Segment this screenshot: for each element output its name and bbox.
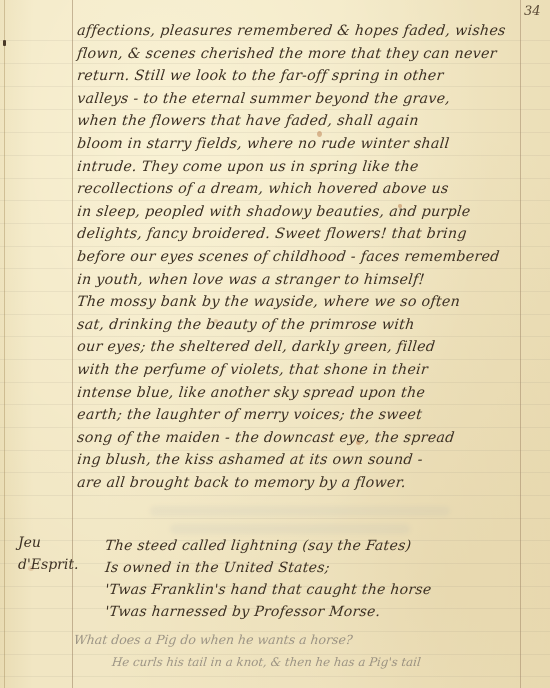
manuscript-page: 34 affections, pleasures remembered & ho…: [0, 0, 550, 688]
text-line: affections, pleasures remembered & hopes…: [76, 20, 528, 43]
text-line: intense blue, like another sky spread up…: [76, 382, 528, 405]
pencil-riddle-question: What does a Pig do when he wants a horse…: [73, 632, 353, 647]
text-line: when the flowers that have faded, shall …: [76, 110, 528, 133]
text-line: with the perfume of violets, that shone …: [76, 359, 528, 382]
ruled-line: [0, 676, 550, 677]
text-line: before our eyes scenes of childhood - fa…: [76, 246, 528, 269]
text-line: delights, fancy broidered. Sweet flowers…: [76, 223, 528, 246]
main-text-block: affections, pleasures remembered & hopes…: [76, 20, 526, 494]
left-margin-rule: [72, 0, 73, 688]
text-line: intrude. They come upon us in spring lik…: [76, 156, 528, 179]
ruled-line: [0, 518, 550, 519]
margin-label-desprit: d'Esprit.: [18, 557, 78, 573]
text-line: recollections of a dream, which hovered …: [76, 178, 528, 201]
verse-line: The steed called lightning (say the Fate…: [104, 535, 526, 557]
text-line: sat, drinking the beauty of the primrose…: [76, 314, 528, 337]
text-line: The mossy bank by the wayside, where we …: [76, 291, 528, 314]
text-line: earth; the laughter of merry voices; the…: [76, 404, 528, 427]
binding-edge-line: [4, 0, 5, 688]
text-line: in sleep, peopled with shadowy beauties,…: [76, 201, 528, 224]
text-line: flown, & scenes cherished the more that …: [76, 43, 528, 66]
text-line: bloom in starry fields, where no rude wi…: [76, 133, 528, 156]
text-line: return. Still we look to the far-off spr…: [76, 65, 528, 88]
margin-label-jeu: Jeu: [18, 535, 41, 551]
verse-line: 'Twas Franklin's hand that caught the ho…: [104, 579, 526, 601]
text-line: are all brought back to memory by a flow…: [76, 472, 528, 495]
text-line: valleys - to the eternal summer beyond t…: [76, 88, 528, 111]
pencil-riddle-answer: He curls his tail in a knot, & then he h…: [111, 655, 421, 669]
verse-line: 'Twas harnessed by Professor Morse.: [104, 601, 526, 623]
verse-block: The steed called lightning (say the Fate…: [104, 535, 524, 623]
page-number: 34: [524, 4, 541, 19]
ruled-line: [0, 495, 550, 496]
text-line: song of the maiden - the downcast eye, t…: [76, 427, 528, 450]
text-line: our eyes; the sheltered dell, darkly gre…: [76, 336, 528, 359]
text-line: ing blush, the kiss ashamed at its own s…: [76, 449, 528, 472]
bleed-through-ink: [170, 524, 410, 534]
text-line: in youth, when love was a stranger to hi…: [76, 269, 528, 292]
bleed-through-ink: [150, 506, 450, 516]
verse-line: Is owned in the United States;: [104, 557, 526, 579]
